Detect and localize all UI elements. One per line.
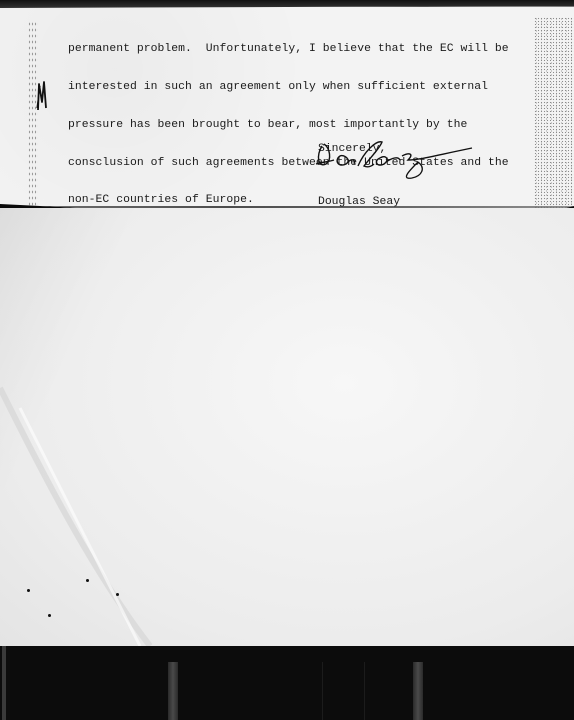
scanner-seam <box>322 662 323 720</box>
scan-speck <box>48 614 51 617</box>
scan-speck <box>27 589 30 592</box>
signer-name: Douglas Seay <box>318 196 509 209</box>
handwritten-margin-mark-icon <box>35 80 49 112</box>
scanner-seam <box>364 662 365 720</box>
scanner-bottom-edge <box>0 646 574 720</box>
scanner-rail <box>413 662 423 720</box>
body-line: permanent problem. Unfortunately, I beli… <box>68 43 548 56</box>
scan-speck <box>116 593 119 596</box>
blank-back-sheet <box>0 208 574 646</box>
body-line: pressure has been brought to bear, most … <box>68 119 548 132</box>
scanner-rail <box>2 646 6 720</box>
scanner-rail <box>168 662 178 720</box>
scan-noise-left <box>28 21 38 211</box>
scan-speck <box>86 579 89 582</box>
scanned-page: permanent problem. Unfortunately, I beli… <box>0 0 574 720</box>
body-line: interested in such an agreement only whe… <box>68 81 548 94</box>
